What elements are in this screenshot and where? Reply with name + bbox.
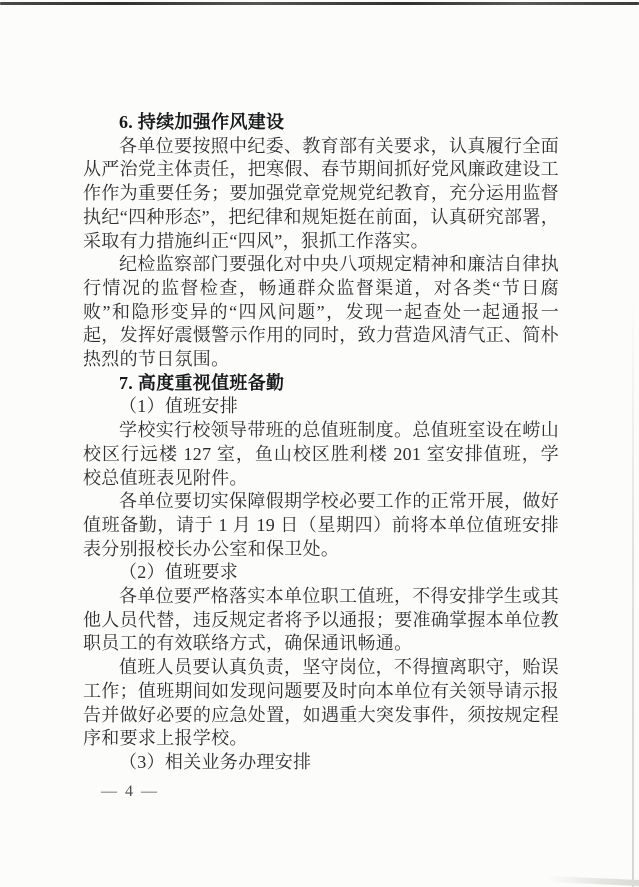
section-subheading: （1）值班安排 [83, 395, 559, 419]
section-paragraph: 各单位要切实保障假期学校必要工作的正常开展，做好值班备勤，请于 1 月 19 日… [83, 490, 559, 561]
scanned-document-page: 6. 持续加强作风建设各单位要按照中纪委、教育部有关要求，认真履行全面从严治党主… [0, 0, 639, 887]
section-subheading: （3）相关业务办理安排 [83, 751, 559, 775]
scan-artifact-top-edge [0, 2, 639, 5]
section-heading: 6. 持续加强作风建设 [83, 111, 559, 135]
scan-artifact-right-edge [632, 300, 634, 887]
section-paragraph: 纪检监察部门要强化对中央八项规定精神和廉洁自律执行情况的监督检查，畅通群众监督渠… [83, 253, 559, 372]
section-heading: 7. 高度重视值班备勤 [83, 372, 559, 396]
section-paragraph: 各单位要严格落实本单位职工值班，不得安排学生或其他人员代替，违反规定者将予以通报… [83, 585, 559, 656]
scan-artifact-bottom-smudge [548, 876, 639, 886]
section-paragraph: 各单位要按照中纪委、教育部有关要求，认真履行全面从严治党主体责任，把寒假、春节期… [83, 135, 559, 254]
section-paragraph: 学校实行校领导带班的总值班制度。总值班室设在崂山校区行远楼 127 室，鱼山校区… [83, 419, 559, 490]
page-number: — 4 — [101, 783, 159, 801]
document-body: 6. 持续加强作风建设各单位要按照中纪委、教育部有关要求，认真履行全面从严治党主… [83, 111, 559, 775]
section-subheading: （2）值班要求 [83, 561, 559, 585]
section-paragraph: 值班人员要认真负责，坚守岗位，不得擅离职守，贻误工作；值班期间如发现问题要及时向… [83, 656, 559, 751]
